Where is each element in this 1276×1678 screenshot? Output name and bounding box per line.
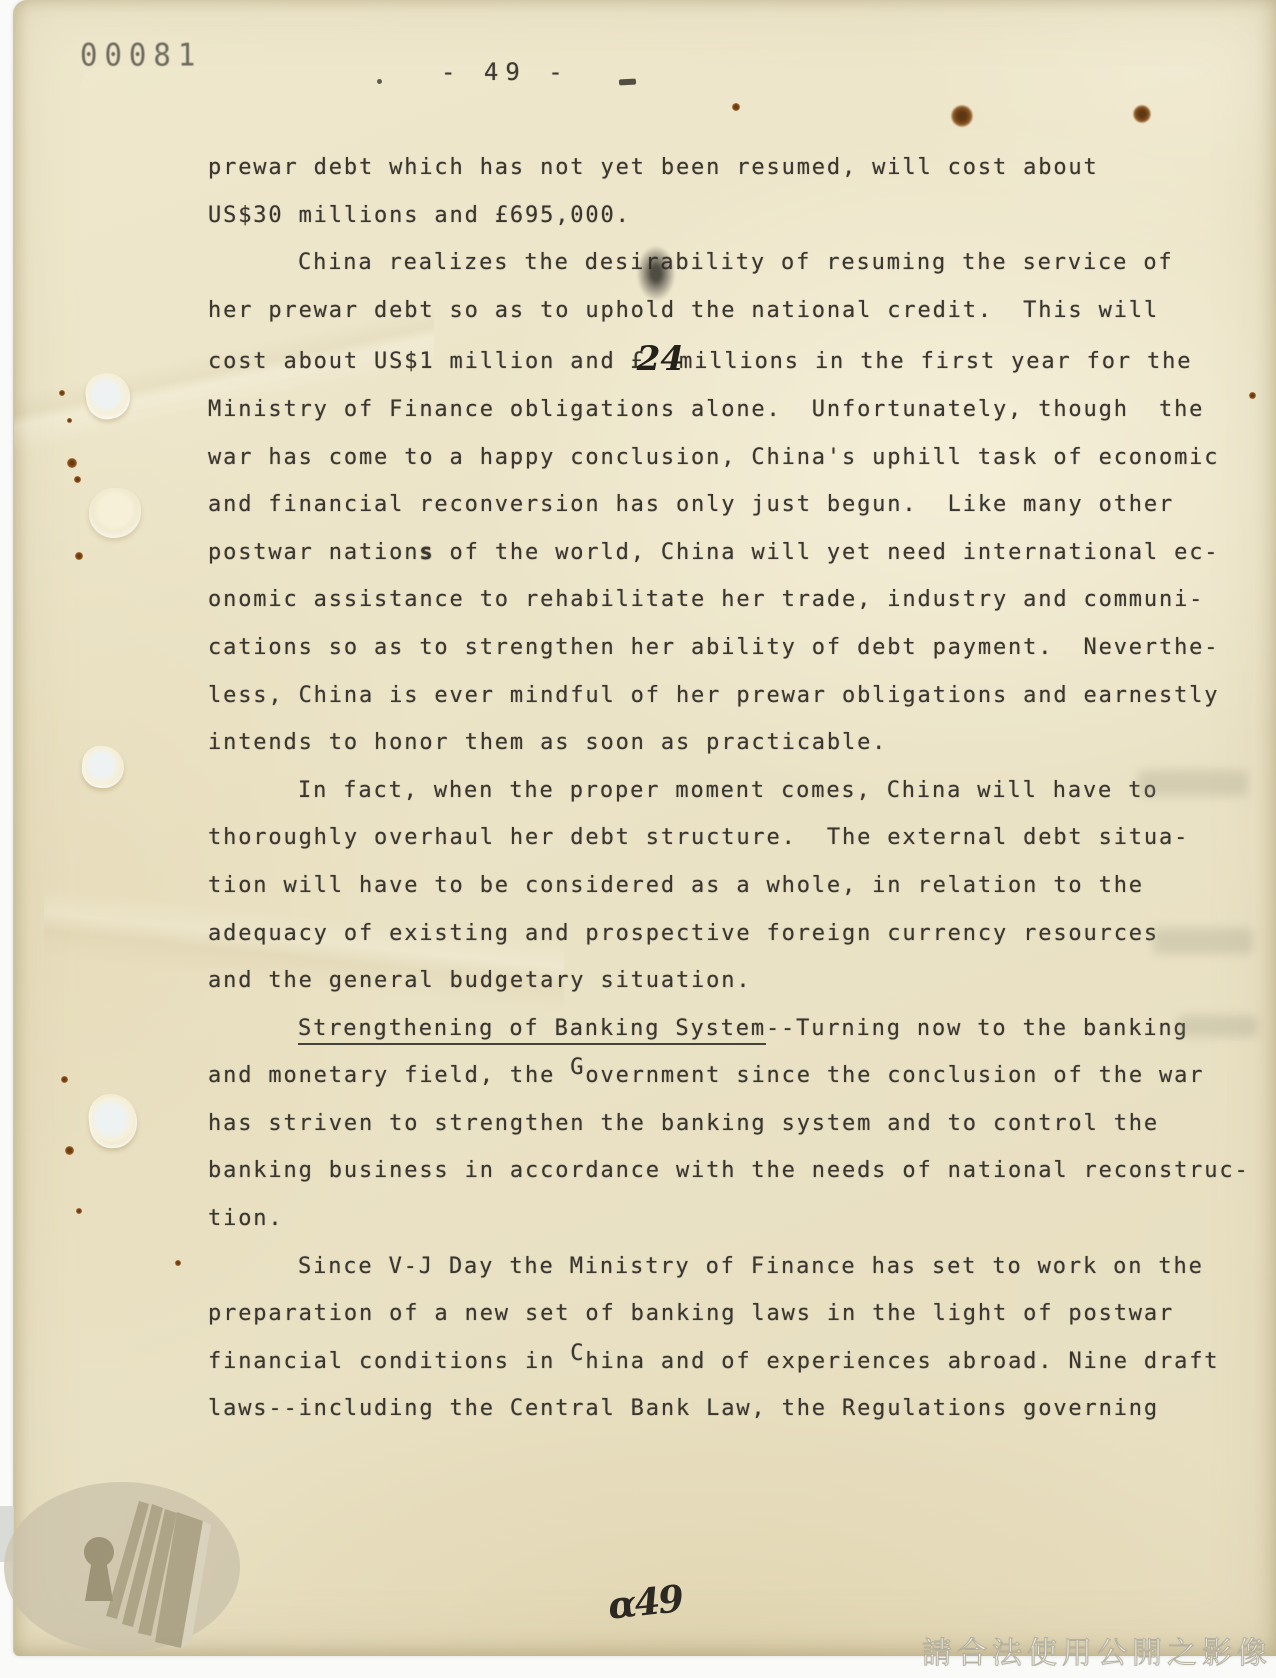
rust-speck xyxy=(65,1146,74,1155)
punch-hole xyxy=(87,1092,140,1150)
text-segment: war has come to a happy conclusion, Chin… xyxy=(208,445,1219,470)
text-segment: prewar debt which has not yet been resum… xyxy=(208,155,1099,180)
punch-hole xyxy=(83,370,133,422)
ink-mark xyxy=(619,79,636,86)
paragraph: China realizes the desirability of resum… xyxy=(208,239,1276,767)
text-segment: adequacy of existing and prospective for… xyxy=(208,921,1159,946)
text-segment: hina and of experiences abroad. Nine dra… xyxy=(585,1349,1219,1374)
paper-page: 00081 - 49 - prewar debt which has not y… xyxy=(13,0,1276,1656)
text-line: prewar debt which has not yet been resum… xyxy=(208,144,1276,192)
text-segment: G xyxy=(570,1055,585,1080)
text-segment: laws--including the Central Bank Law, th… xyxy=(208,1396,1159,1421)
bleed-through-mark xyxy=(1153,928,1253,954)
rust-speck xyxy=(74,476,81,483)
usage-watermark: 請合法使用公開之影像 xyxy=(922,1628,1272,1672)
text-line: onomic assistance to rehabilitate her tr… xyxy=(208,576,1276,624)
text-line: Ministry of Finance obligations alone. U… xyxy=(208,386,1276,434)
handwritten-insert: 24 xyxy=(637,339,684,379)
rust-spot xyxy=(951,105,973,127)
paper-tear xyxy=(89,488,141,538)
text-segment: intends to honor them as soon as practic… xyxy=(208,730,887,755)
text-segment: overnment since the conclusion of the wa… xyxy=(585,1063,1204,1088)
bleed-through-mark xyxy=(1138,770,1248,796)
page-number: - 49 - xyxy=(441,58,570,86)
rust-spot xyxy=(1133,105,1151,123)
archive-logo-watermark xyxy=(0,1455,260,1656)
text-line: banking business in accordance with the … xyxy=(208,1147,1276,1195)
paragraph: Since V-J Day the Ministry of Finance ha… xyxy=(208,1243,1276,1433)
text-segment: of the world, China will yet need intern… xyxy=(434,540,1219,565)
text-segment: Strengthening of Banking System xyxy=(298,1016,766,1045)
rust-speck xyxy=(67,458,77,468)
ink-smudge xyxy=(629,238,683,322)
paragraph: Strengthening of Banking System--Turning… xyxy=(208,1005,1276,1243)
text-segment: and financial reconversion has only just… xyxy=(208,492,1174,517)
text-segment: financial conditions in xyxy=(208,1349,570,1374)
text-segment: and the general budgetary situation. xyxy=(208,968,751,993)
document-scan: 00081 - 49 - prewar debt which has not y… xyxy=(0,0,1276,1678)
text-segment: cations so as to strengthen her ability … xyxy=(208,635,1219,660)
text-line: intends to honor them as soon as practic… xyxy=(208,719,1276,767)
text-line: financial conditions in China and of exp… xyxy=(208,1338,1276,1386)
text-segment: tion. xyxy=(208,1206,283,1231)
text-segment: banking business in accordance with the … xyxy=(208,1158,1250,1183)
text-segment: onomic assistance to rehabilitate her tr… xyxy=(208,587,1204,612)
paragraph: In fact, when the proper moment comes, C… xyxy=(208,767,1276,1005)
text-segment: Ministry of Finance obligations alone. U… xyxy=(208,397,1204,422)
rust-speck xyxy=(67,418,72,423)
rust-speck xyxy=(75,552,83,560)
bleed-through-mark xyxy=(1178,1015,1258,1037)
punch-hole xyxy=(80,744,126,790)
text-segment: preparation of a new set of banking laws… xyxy=(208,1301,1174,1326)
text-segment: US$30 millions and £695,000. xyxy=(208,203,631,228)
rust-speck xyxy=(732,103,740,111)
rust-speck xyxy=(1249,392,1256,399)
text-segment: C xyxy=(570,1341,585,1366)
text-line: and monetary field, the Government since… xyxy=(208,1052,1276,1100)
typewritten-text: prewar debt which has not yet been resum… xyxy=(208,144,1276,1433)
text-line: preparation of a new set of banking laws… xyxy=(208,1290,1276,1338)
text-segment: cost about US$1 million and £ xyxy=(208,349,646,374)
text-line: In fact, when the proper moment comes, C… xyxy=(208,767,1276,815)
text-segment: In fact, when the proper moment comes, C… xyxy=(298,778,1158,803)
text-line: Since V-J Day the Ministry of Finance ha… xyxy=(208,1243,1276,1291)
text-segment: s xyxy=(419,540,434,565)
handwritten-folio: α49 xyxy=(606,1576,684,1627)
text-segment: less, China is ever mindful of her prewa… xyxy=(208,683,1219,708)
text-segment: Since V-J Day the Ministry of Finance ha… xyxy=(298,1254,1204,1279)
text-segment: China realizes the desirability of resum… xyxy=(298,250,1174,275)
rust-speck xyxy=(59,390,65,396)
text-line: and the general budgetary situation. xyxy=(208,957,1276,1005)
text-line: has striven to strengthen the banking sy… xyxy=(208,1100,1276,1148)
text-segment: tion will have to be considered as a who… xyxy=(208,873,1144,898)
paragraph: prewar debt which has not yet been resum… xyxy=(208,144,1276,239)
text-line: laws--including the Central Bank Law, th… xyxy=(208,1385,1276,1433)
text-line: thoroughly overhaul her debt structure. … xyxy=(208,814,1276,862)
text-segment: millions in the first year for the xyxy=(679,349,1192,374)
rust-speck xyxy=(61,1076,68,1083)
text-line: Strengthening of Banking System--Turning… xyxy=(208,1005,1276,1053)
text-line: less, China is ever mindful of her prewa… xyxy=(208,672,1276,720)
text-segment: and monetary field, the xyxy=(208,1063,570,1088)
text-segment: postwar nation xyxy=(208,540,419,565)
archive-serial-stamp: 00081 xyxy=(80,37,202,73)
text-segment: --Turning now to the banking xyxy=(766,1016,1189,1041)
text-line: China realizes the desirability of resum… xyxy=(208,239,1276,287)
text-line: cost about US$1 million and £24millions … xyxy=(208,334,1276,386)
text-line: tion. xyxy=(208,1195,1276,1243)
text-segment: her prewar debt so as to uphold the nati… xyxy=(208,298,1159,323)
text-line: war has come to a happy conclusion, Chin… xyxy=(208,434,1276,482)
text-line: cations so as to strengthen her ability … xyxy=(208,624,1276,672)
text-line: and financial reconversion has only just… xyxy=(208,481,1276,529)
text-segment: has striven to strengthen the banking sy… xyxy=(208,1111,1159,1136)
rust-speck xyxy=(76,1208,82,1214)
text-line: her prewar debt so as to uphold the nati… xyxy=(208,287,1276,335)
ink-speck xyxy=(377,79,382,84)
text-line: adequacy of existing and prospective for… xyxy=(208,910,1276,958)
text-line: tion will have to be considered as a who… xyxy=(208,862,1276,910)
text-line: postwar nations of the world, China will… xyxy=(208,529,1276,577)
rust-speck xyxy=(175,1260,181,1266)
text-line: US$30 millions and £695,000. xyxy=(208,192,1276,240)
text-segment: thoroughly overhaul her debt structure. … xyxy=(208,825,1189,850)
